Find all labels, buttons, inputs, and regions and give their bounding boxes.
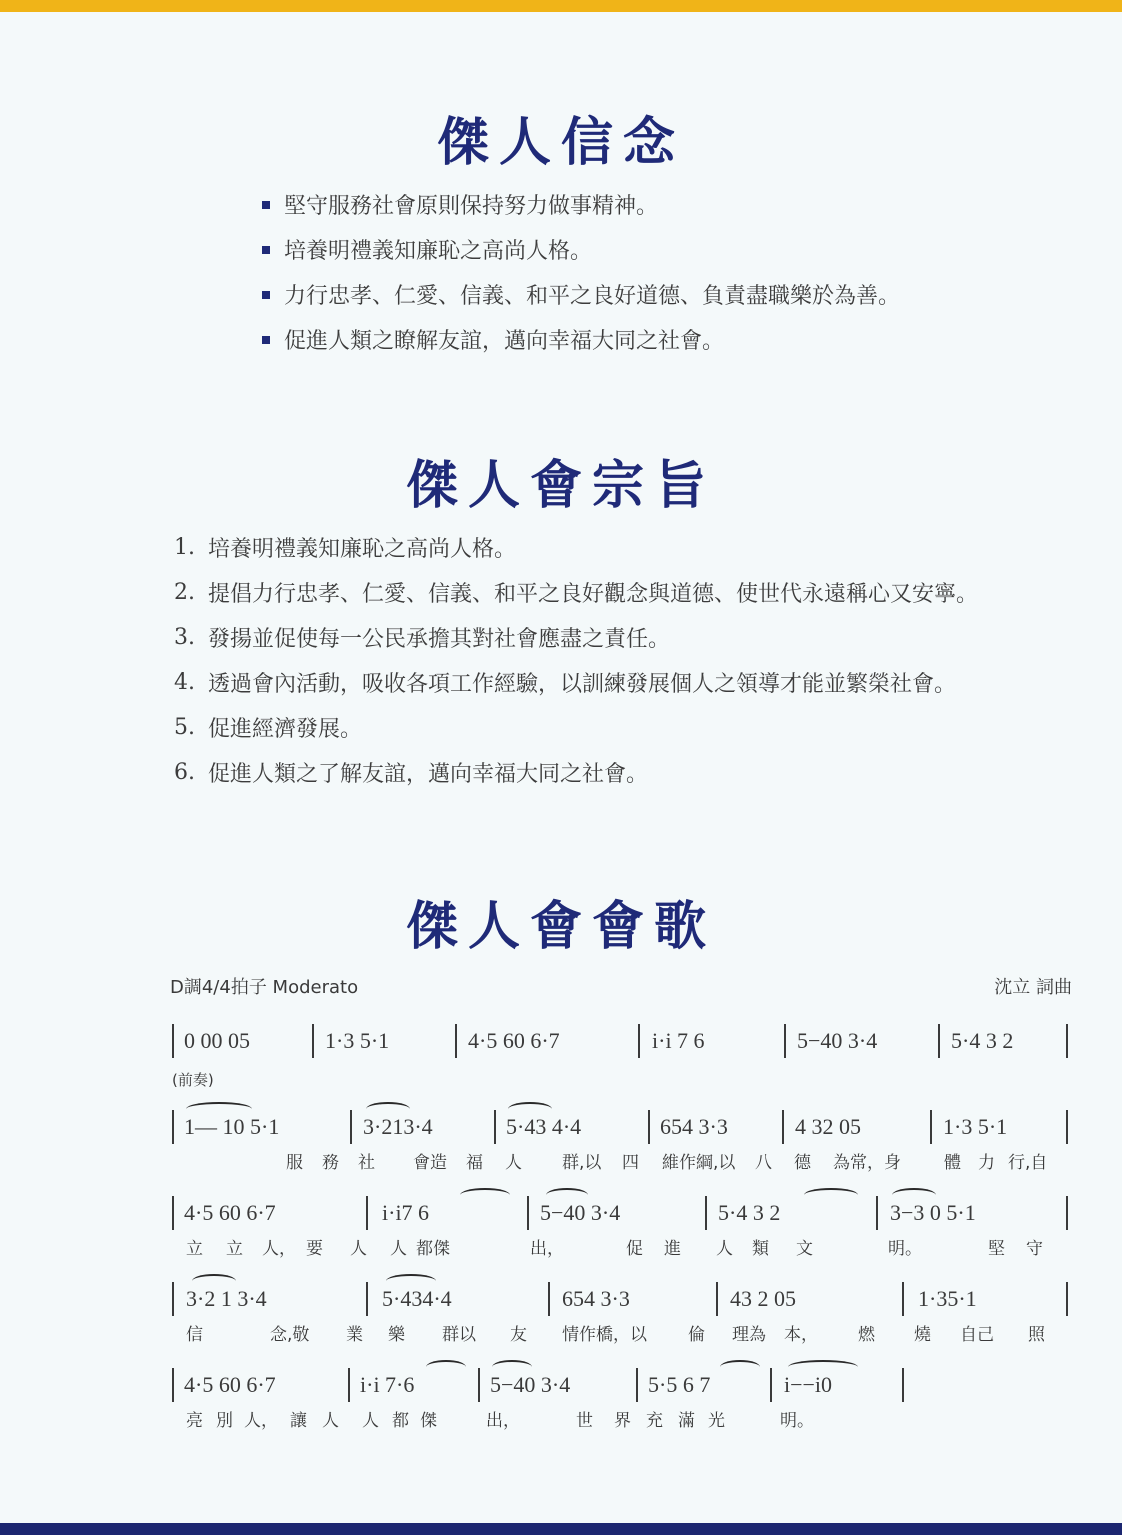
belief-text: 堅守服務社會原則保持努力做事精神。 <box>284 189 658 220</box>
bar-line <box>770 1368 772 1402</box>
purpose-text: 透過會內活動，吸收各項工作經驗，以訓練發展個人之領導才能並繁榮社會。 <box>208 667 956 698</box>
measure: 0 00 05 <box>184 1028 250 1054</box>
measure: i·i 7 6 <box>652 1028 705 1054</box>
lyric-syllable: 四 <box>622 1148 639 1173</box>
beliefs-title: 傑人信念 <box>0 100 1122 175</box>
measure: 5−40 3·4 <box>490 1372 570 1398</box>
lyric-syllable: 亮 <box>186 1406 203 1431</box>
measure: 5·4 3 2 <box>718 1200 780 1226</box>
lyric-syllable: 都傑 <box>416 1234 450 1259</box>
lyric-syllable: 務 <box>322 1148 339 1173</box>
purpose-text: 培養明禮義知廉恥之高尚人格。 <box>208 532 516 563</box>
square-bullet-icon <box>262 246 270 254</box>
lyric-syllable: 樂 <box>388 1320 405 1345</box>
lyric-syllable: 力 <box>978 1148 995 1173</box>
lyric-syllable: 本， <box>784 1320 818 1345</box>
measure: 654 3·3 <box>660 1114 728 1140</box>
square-bullet-icon <box>262 201 270 209</box>
bar-line <box>636 1368 638 1402</box>
top-accent-bar <box>0 0 1122 12</box>
measure: 1·35·1 <box>918 1286 977 1312</box>
belief-item: 力行忠孝、仁愛、信義、和平之良好道德、負責盡職樂於為善。 <box>262 272 900 317</box>
bar-line <box>1066 1024 1068 1058</box>
lyric-syllable: 要 <box>306 1234 323 1259</box>
bar-line <box>350 1110 352 1144</box>
lyric-syllable: 友 <box>510 1320 527 1345</box>
lyric-syllable: 世 <box>576 1406 593 1431</box>
purpose-item: 5.促進經濟發展。 <box>174 705 978 750</box>
bottom-accent-bar <box>0 1523 1122 1535</box>
lyric-syllable: 傑 <box>420 1406 437 1431</box>
lyric-syllable: 德 <box>794 1148 811 1173</box>
measure: 1·3 5·1 <box>325 1028 389 1054</box>
lyric-syllable: 類 <box>752 1234 769 1259</box>
lyric-syllable: 文 <box>796 1234 813 1259</box>
purpose-number: 1. <box>174 535 208 560</box>
measure: 3·2 1 3·4 <box>186 1286 267 1312</box>
bar-line <box>705 1196 707 1230</box>
lyric-syllable: 行,自 <box>1008 1148 1047 1173</box>
purpose-text: 促進經濟發展。 <box>208 712 362 743</box>
slur-icon <box>720 1360 760 1374</box>
purpose-text: 發揚並促使每一公民承擔其對社會應盡之責任。 <box>208 622 670 653</box>
lyric-syllable: 念,敬 <box>270 1320 309 1345</box>
lyrics-row: 亮 別 人， 讓 人 人 都 傑 出， 世 界 充 滿 光 明。 <box>170 1404 1075 1432</box>
lyric-syllable: 理為 <box>732 1320 766 1345</box>
lyric-syllable: 照 <box>1028 1320 1045 1345</box>
lyric-syllable: 人 <box>390 1234 407 1259</box>
intro-label: (前奏) <box>172 1069 214 1090</box>
score-line-4: 3·2 1 3·4 5·434·4 654 3·3 43 2 05 1·35·1… <box>170 1282 1075 1346</box>
lyric-syllable: 守 <box>1026 1234 1043 1259</box>
bar-line <box>638 1024 640 1058</box>
belief-text: 力行忠孝、仁愛、信義、和平之良好道德、負責盡職樂於為善。 <box>284 279 900 310</box>
purpose-number: 3. <box>174 625 208 650</box>
lyric-syllable: 出， <box>530 1234 564 1259</box>
measure: i−−i0 <box>784 1372 832 1398</box>
measure: 3−3 0 5·1 <box>890 1200 976 1226</box>
lyric-syllable: 為常，身 <box>833 1148 901 1173</box>
lyric-syllable: 滿 <box>678 1406 695 1431</box>
lyric-syllable: 群,以 <box>562 1148 601 1173</box>
bar-line <box>902 1368 904 1402</box>
beliefs-list: 堅守服務社會原則保持努力做事精神。 培養明禮義知廉恥之高尚人格。 力行忠孝、仁愛… <box>262 182 900 362</box>
lyric-syllable: 人 <box>505 1148 522 1173</box>
purposes-list: 1.培養明禮義知廉恥之高尚人格。 2.提倡力行忠孝、仁愛、信義、和平之良好觀念與… <box>174 525 978 795</box>
bar-line <box>716 1282 718 1316</box>
lyric-syllable: 人 <box>350 1234 367 1259</box>
lyric-syllable: 立 <box>226 1234 243 1259</box>
bar-line <box>348 1368 350 1402</box>
bar-line <box>478 1368 480 1402</box>
lyric-syllable: 充 <box>646 1406 663 1431</box>
purpose-text: 促進人類之了解友誼，邁向幸福大同之社會。 <box>208 757 648 788</box>
lyric-syllable: 八 <box>755 1148 772 1173</box>
lyric-syllable: 堅 <box>988 1234 1005 1259</box>
measure: i·i 7·6 <box>360 1372 414 1398</box>
bar-line <box>527 1196 529 1230</box>
bar-line <box>494 1110 496 1144</box>
lyric-syllable: 信 <box>186 1320 203 1345</box>
purpose-item: 2.提倡力行忠孝、仁愛、信義、和平之良好觀念與道德、使世代永遠稱心又安寧。 <box>174 570 978 615</box>
bar-line <box>784 1024 786 1058</box>
lyric-syllable: 進 <box>664 1234 681 1259</box>
belief-item: 培養明禮義知廉恥之高尚人格。 <box>262 227 900 272</box>
lyric-syllable: 群以 <box>442 1320 476 1345</box>
bar-line <box>930 1110 932 1144</box>
notation-row: 1— 10 5·1 3·213·4 5·43 4·4 654 3·3 4 32 … <box>170 1110 1075 1146</box>
bar-line <box>1066 1282 1068 1316</box>
measure: 5−40 3·4 <box>540 1200 620 1226</box>
slur-icon <box>804 1188 858 1202</box>
lyric-syllable: 社 <box>358 1148 375 1173</box>
lyric-syllable: 倫 <box>688 1320 705 1345</box>
measure: i·i7 6 <box>382 1200 429 1226</box>
lyric-syllable: 明。 <box>780 1406 814 1431</box>
lyric-syllable: 會造 <box>413 1148 447 1173</box>
measure: 4 32 05 <box>795 1114 861 1140</box>
lyric-syllable: 自己 <box>960 1320 994 1345</box>
lyric-syllable: 情作橋，以 <box>562 1320 647 1345</box>
measure: 4·5 60 6·7 <box>468 1028 560 1054</box>
lyric-syllable: 人 <box>362 1406 379 1431</box>
measure: 3·213·4 <box>363 1114 433 1140</box>
purpose-number: 4. <box>174 670 208 695</box>
measure: 654 3·3 <box>562 1286 630 1312</box>
lyric-syllable: 光 <box>708 1406 725 1431</box>
purpose-item: 6.促進人類之了解友誼，邁向幸福大同之社會。 <box>174 750 978 795</box>
song-key-tempo: D調4/4拍子 Moderato <box>170 973 358 999</box>
belief-item: 堅守服務社會原則保持努力做事精神。 <box>262 182 900 227</box>
purpose-number: 5. <box>174 715 208 740</box>
bar-line <box>902 1282 904 1316</box>
lyric-syllable: 別 <box>216 1406 233 1431</box>
lyric-syllable: 界 <box>614 1406 631 1431</box>
notation-row: 0 00 05 1·3 5·1 4·5 60 6·7 i·i 7 6 5−40 … <box>170 1024 1075 1060</box>
lyric-syllable: 促 <box>626 1234 643 1259</box>
lyric-syllable: 立 <box>186 1234 203 1259</box>
bar-line <box>366 1196 368 1230</box>
lyric-syllable: 出， <box>486 1406 520 1431</box>
measure: 4·5 60 6·7 <box>184 1200 276 1226</box>
measure: 1·3 5·1 <box>943 1114 1007 1140</box>
lyrics-row: 立 立 人， 要 人 人 都傑 出， 促 進 人 類 文 明。 堅 守 <box>170 1232 1075 1260</box>
measure: 5·4 3 2 <box>951 1028 1013 1054</box>
bar-line <box>548 1282 550 1316</box>
bar-line <box>172 1110 174 1144</box>
score-line-3: 4·5 60 6·7 i·i7 6 5−40 3·4 5·4 3 2 3−3 0… <box>170 1196 1075 1260</box>
slur-icon <box>460 1188 510 1202</box>
notation-row: 4·5 60 6·7 i·i 7·6 5−40 3·4 5·5 6 7 i−−i… <box>170 1368 1075 1404</box>
score-line-1: 0 00 05 1·3 5·1 4·5 60 6·7 i·i 7 6 5−40 … <box>170 1024 1075 1060</box>
lyric-syllable: 讓 <box>290 1406 307 1431</box>
song-title: 傑人會會歌 <box>0 884 1122 959</box>
purpose-item: 1.培養明禮義知廉恥之高尚人格。 <box>174 525 978 570</box>
measure: 5·5 6 7 <box>648 1372 710 1398</box>
song-author: 沈立 詞曲 <box>994 973 1072 999</box>
score-line-5: 4·5 60 6·7 i·i 7·6 5−40 3·4 5·5 6 7 i−−i… <box>170 1368 1075 1432</box>
purpose-item: 4.透過會內活動，吸收各項工作經驗，以訓練發展個人之領導才能並繁榮社會。 <box>174 660 978 705</box>
lyric-syllable: 福 <box>466 1148 483 1173</box>
purpose-item: 3.發揚並促使每一公民承擔其對社會應盡之責任。 <box>174 615 978 660</box>
measure: 4·5 60 6·7 <box>184 1372 276 1398</box>
score-line-2: 1— 10 5·1 3·213·4 5·43 4·4 654 3·3 4 32 … <box>170 1110 1075 1174</box>
bar-line <box>172 1196 174 1230</box>
bar-line <box>782 1110 784 1144</box>
lyric-syllable: 人， <box>244 1406 278 1431</box>
slur-icon <box>426 1360 466 1374</box>
measure: 5·43 4·4 <box>506 1114 581 1140</box>
bar-line <box>876 1196 878 1230</box>
lyric-syllable: 體 <box>944 1148 961 1173</box>
bar-line <box>1066 1196 1068 1230</box>
lyric-syllable: 明。 <box>888 1234 922 1259</box>
bar-line <box>366 1282 368 1316</box>
bar-line <box>938 1024 940 1058</box>
bar-line <box>172 1368 174 1402</box>
lyrics-row: 信 念,敬 業 樂 群以 友 情作橋，以 倫 理為 本， 燃 燒 自己 照 <box>170 1318 1075 1346</box>
purpose-text: 提倡力行忠孝、仁愛、信義、和平之良好觀念與道德、使世代永遠稱心又安寧。 <box>208 577 978 608</box>
purpose-number: 2. <box>174 580 208 605</box>
purpose-number: 6. <box>174 760 208 785</box>
bar-line <box>172 1024 174 1058</box>
notation-row: 3·2 1 3·4 5·434·4 654 3·3 43 2 05 1·35·1 <box>170 1282 1075 1318</box>
lyric-syllable: 維作綱,以 <box>662 1148 735 1173</box>
bar-line <box>312 1024 314 1058</box>
lyric-syllable: 燃 <box>858 1320 875 1345</box>
lyric-syllable: 人， <box>262 1234 296 1259</box>
square-bullet-icon <box>262 336 270 344</box>
bar-line <box>648 1110 650 1144</box>
bar-line <box>1066 1110 1068 1144</box>
lyric-syllable: 業 <box>346 1320 363 1345</box>
belief-text: 培養明禮義知廉恥之高尚人格。 <box>284 234 592 265</box>
belief-text: 促進人類之瞭解友誼，邁向幸福大同之社會。 <box>284 324 724 355</box>
belief-item: 促進人類之瞭解友誼，邁向幸福大同之社會。 <box>262 317 900 362</box>
measure: 43 2 05 <box>730 1286 796 1312</box>
bar-line <box>455 1024 457 1058</box>
bar-line <box>172 1282 174 1316</box>
lyric-syllable: 人 <box>716 1234 733 1259</box>
lyric-syllable: 燒 <box>914 1320 931 1345</box>
measure: 5·434·4 <box>382 1286 452 1312</box>
lyric-syllable: 服 <box>286 1148 303 1173</box>
lyrics-row: 服 務 社 會造 福 人 群,以 四 維作綱,以 八 德 為常，身 體 力 行,… <box>170 1146 1075 1174</box>
measure: 5−40 3·4 <box>797 1028 877 1054</box>
lyric-syllable: 人 <box>322 1406 339 1431</box>
notation-row: 4·5 60 6·7 i·i7 6 5−40 3·4 5·4 3 2 3−3 0… <box>170 1196 1075 1232</box>
measure: 1— 10 5·1 <box>184 1114 279 1140</box>
square-bullet-icon <box>262 291 270 299</box>
lyric-syllable: 都 <box>392 1406 409 1431</box>
purposes-title: 傑人會宗旨 <box>0 443 1122 518</box>
